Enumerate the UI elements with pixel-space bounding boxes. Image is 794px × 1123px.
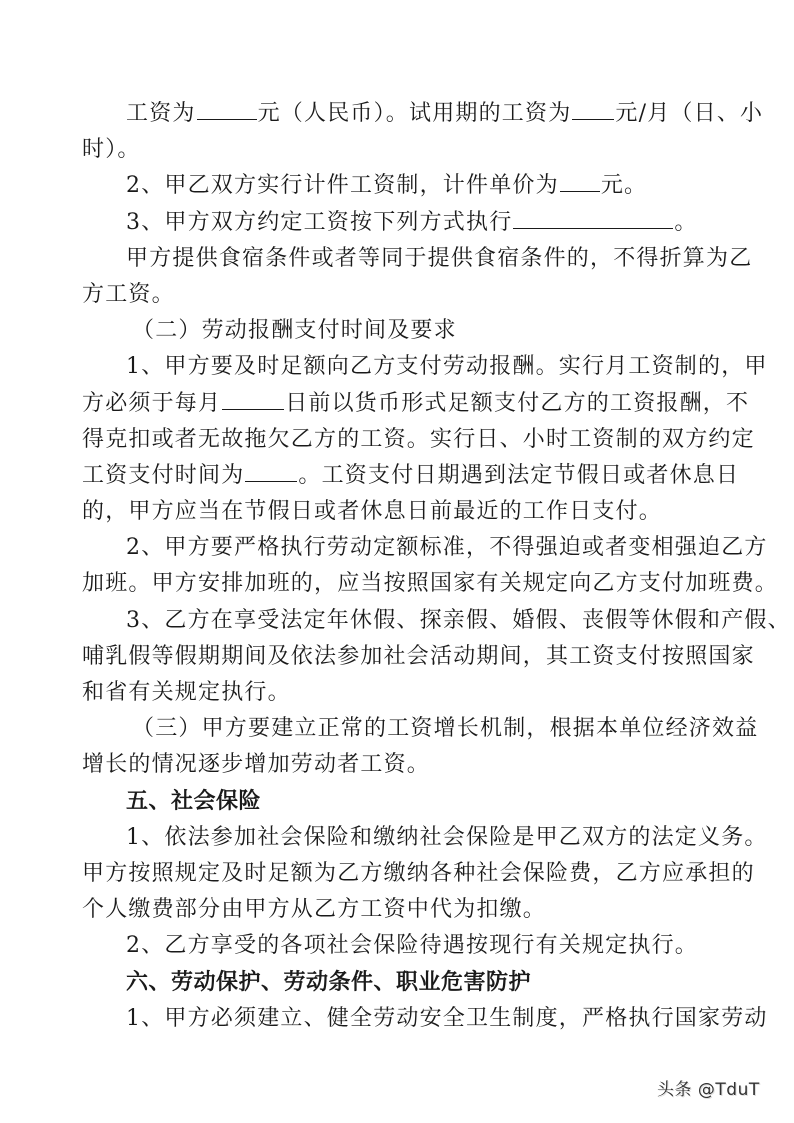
- paragraph-line: 得克扣或者无故拖欠乙方的工资。实行日、小时工资制的双方约定: [82, 422, 712, 458]
- line-text: 工资支付时间为: [82, 463, 244, 488]
- paragraph-line: 1、甲方要及时足额向乙方支付劳动报酬。实行月工资制的，甲: [82, 349, 712, 385]
- line-text: 工资为: [126, 101, 196, 126]
- fill-blank: [245, 459, 297, 482]
- fill-blank: [197, 97, 257, 120]
- paragraph-line: （三）甲方要建立正常的工资增长机制，根据本单位经济效益: [82, 711, 712, 747]
- line-text: 元。: [601, 173, 647, 198]
- fill-blank: [560, 169, 600, 192]
- paragraph-line: 方必须于每月日前以货币形式足额支付乙方的工资报酬，不: [82, 386, 712, 422]
- paragraph-line: 甲方按照规定及时足额为乙方缴纳各种社会保险费，乙方应承担的: [82, 856, 712, 892]
- paragraph-line: 和省有关规定执行。: [82, 675, 712, 711]
- paragraph-line: 加班。甲方安排加班的，应当按照国家有关规定向乙方支付加班费。: [82, 566, 712, 602]
- paragraph-line: 3、甲方双方约定工资按下列方式执行。: [82, 205, 712, 241]
- paragraph-line: 2、甲方要严格执行劳动定额标准，不得强迫或者变相强迫乙方: [82, 530, 712, 566]
- paragraph-line: 增长的情况逐步增加劳动者工资。: [82, 747, 712, 783]
- paragraph-line: 个人缴费部分由甲方从乙方工资中代为扣缴。: [82, 892, 712, 928]
- fill-blank: [222, 387, 284, 410]
- line-text: 日前以货币形式足额支付乙方的工资报酬，不: [285, 391, 749, 416]
- line-text: 3、甲方双方约定工资按下列方式执行: [126, 210, 512, 235]
- section-heading-labor-protection: 六、劳动保护、劳动条件、职业危害防护: [82, 965, 712, 1001]
- paragraph-line: 1、甲方必须建立、健全劳动安全卫生制度，严格执行国家劳动: [82, 1001, 712, 1037]
- paragraph-line: 2、甲乙双方实行计件工资制，计件单价为元。: [82, 168, 712, 204]
- document-page: 工资为元（人民币）。试用期的工资为元/月（日、小 时）。 2、甲乙双方实行计件工…: [82, 96, 712, 1037]
- paragraph-line: 2、乙方享受的各项社会保险待遇按现行有关规定执行。: [82, 928, 712, 964]
- paragraph-line: 方工资。: [82, 277, 712, 313]
- subsection-title: （二）劳动报酬支付时间及要求: [82, 313, 712, 349]
- paragraph-line: 工资支付时间为。工资支付日期遇到法定节假日或者休息日: [82, 458, 712, 494]
- paragraph-line: 甲方提供食宿条件或者等同于提供食宿条件的，不得折算为乙: [82, 241, 712, 277]
- paragraph-line: 时）。: [82, 132, 712, 168]
- watermark: 头条 @TduT: [657, 1075, 760, 1100]
- paragraph-line: 1、依法参加社会保险和缴纳社会保险是甲乙双方的法定义务。: [82, 820, 712, 856]
- paragraph-line: 工资为元（人民币）。试用期的工资为元/月（日、小: [82, 96, 712, 132]
- section-heading-social-insurance: 五、社会保险: [82, 784, 712, 820]
- line-text: 。: [674, 210, 697, 235]
- fill-blank: [572, 97, 614, 120]
- line-text: 元（人民币）。试用期的工资为: [258, 101, 572, 126]
- paragraph-line: 的，甲方应当在节假日或者休息日前最近的工作日支付。: [82, 494, 712, 530]
- line-text: 元/月（日、小: [615, 101, 763, 126]
- line-text: 。工资支付日期遇到法定节假日或者休息日: [298, 463, 739, 488]
- fill-blank: [513, 206, 673, 229]
- paragraph-line: 3、乙方在享受法定年休假、探亲假、婚假、丧假等休假和产假、: [82, 603, 712, 639]
- line-text: 2、甲乙双方实行计件工资制，计件单价为: [126, 173, 559, 198]
- paragraph-line: 哺乳假等假期期间及依法参加社会活动期间，其工资支付按照国家: [82, 639, 712, 675]
- line-text: 方必须于每月: [82, 391, 221, 416]
